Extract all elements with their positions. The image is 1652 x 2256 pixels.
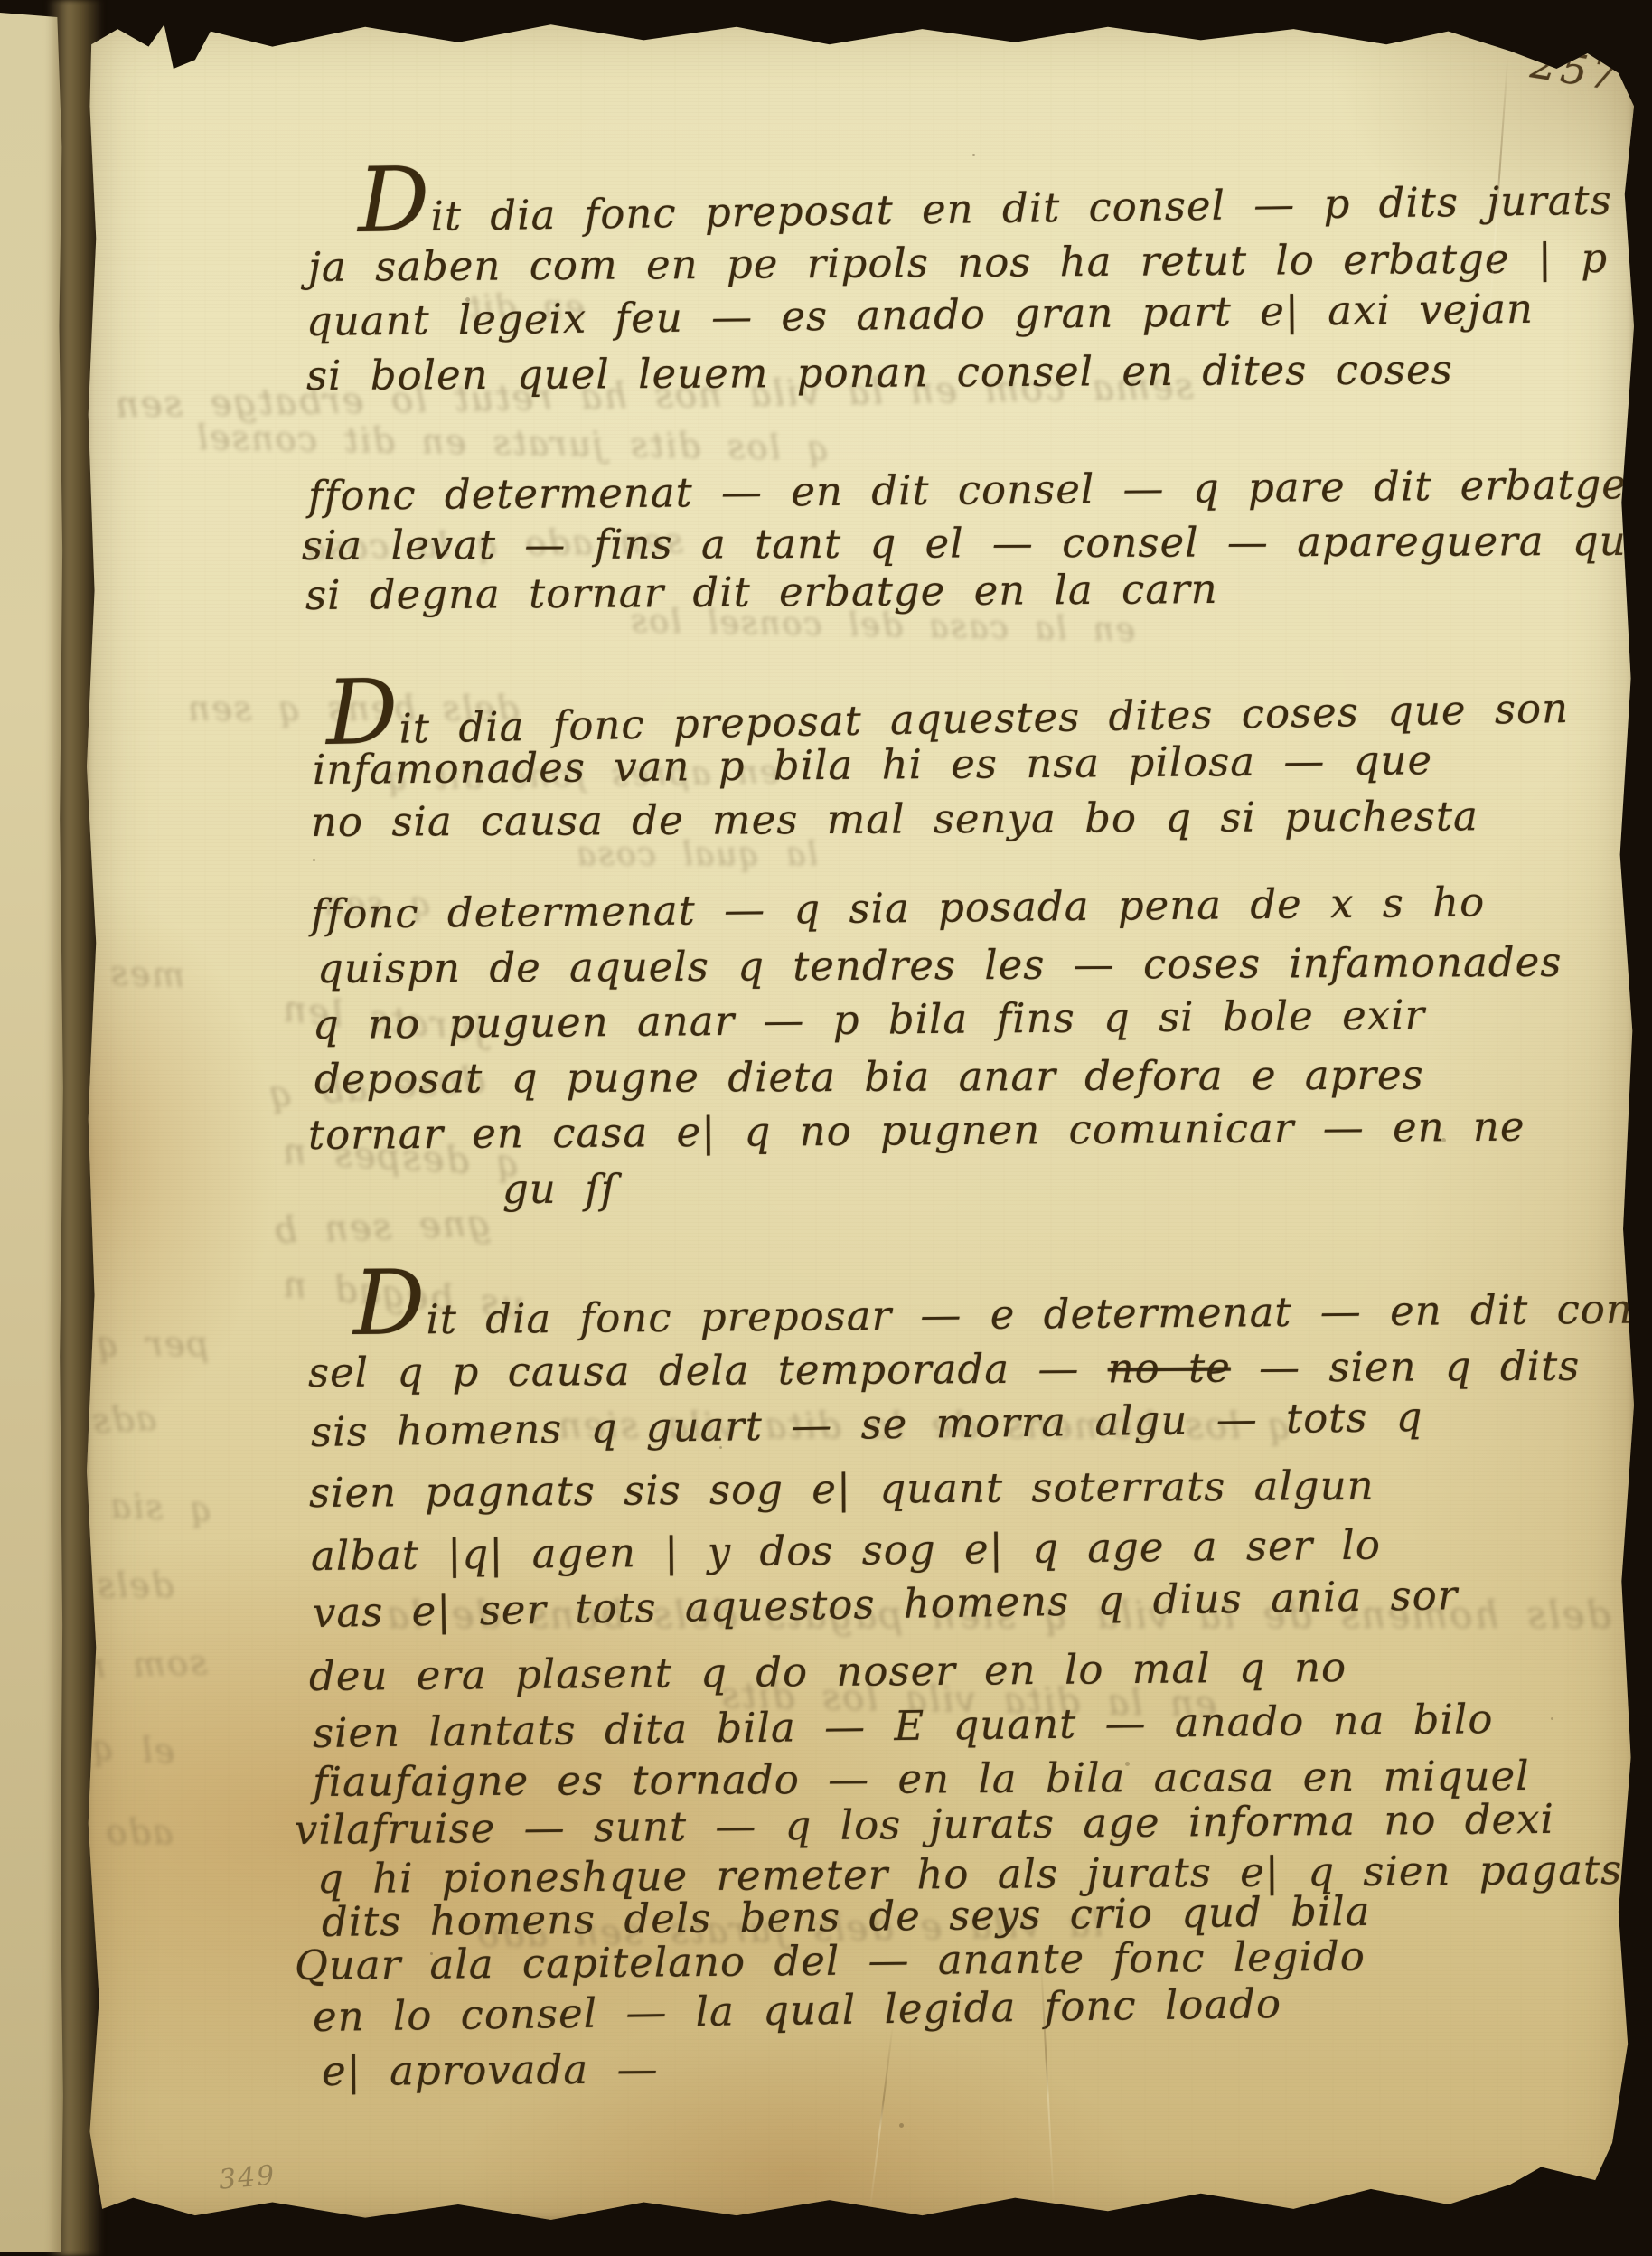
manuscript-line: ffonc determenat — q sia posada pena de …	[311, 880, 1486, 935]
bottom-folio-number: 349	[218, 2159, 277, 2195]
manuscript-line: q no puguen anar — p bila fins q si bole…	[313, 993, 1425, 1046]
manuscript-line: vas e| ser tots aquestos homens q dius a…	[313, 1574, 1459, 1634]
manuscript-line: quant legeix feu — es anado gran part e|…	[306, 287, 1534, 343]
manuscript-line: vilafruise — sunt — q los jurats age inf…	[295, 1798, 1554, 1851]
manuscript-line: Quar ala capitelano del — anante fonc le…	[295, 1935, 1366, 1988]
manuscript-line: infamonades van p bila hi es nsa pilosa …	[313, 738, 1433, 791]
manuscript-line: sien lantats dita bila — E quant — anado…	[313, 1697, 1494, 1754]
manuscript-line: deu era plasent q do noser en lo mal q n…	[309, 1646, 1347, 1697]
manuscript-line: Dit dia fonc preposar — e determenat — e…	[353, 1262, 1633, 1342]
manuscript-line: albat |q| agen | y dos sog e| q age a se…	[311, 1524, 1381, 1578]
manuscript-line: sien pagnats sis sog e| quant soterrats …	[309, 1464, 1375, 1514]
manuscript-text: Dit dia fonc preposat en dit consel — p …	[87, 18, 1634, 2220]
manuscript-line: si degna tornar dit erbatge en la carn	[305, 568, 1218, 616]
manuscript-scan: { "manuscript": { "folio_number": "257",…	[0, 0, 1652, 2256]
manuscript-line: sel q p causa dela temporada — no te — s…	[308, 1345, 1581, 1395]
manuscript-line: si bolen quel leuem ponan consel en dite…	[306, 348, 1453, 397]
manuscript-line: tornar en casa e| q no pugnen comunicar …	[308, 1105, 1525, 1157]
manuscript-line: sis homens q guart — se morra algu — tot…	[311, 1396, 1423, 1453]
manuscript-line: sia levat — fins a tant q el — consel — …	[302, 520, 1651, 567]
manuscript-page: sema com en la vila nos ha retut lo erba…	[87, 18, 1634, 2220]
manuscript-line: ja saben com en pe ripols nos ha retut l…	[308, 237, 1608, 288]
manuscript-line: Dit dia fonc preposat en dit consel — p …	[357, 151, 1652, 239]
manuscript-line: quispn de aquels q tendres les — coses i…	[317, 941, 1563, 990]
manuscript-line: ffonc determenat — en dit consel — q par…	[308, 463, 1627, 517]
manuscript-line: deposat q pugne dieta bia anar defora e …	[314, 1054, 1424, 1101]
manuscript-line: gu ſſ	[502, 1168, 616, 1210]
manuscript-line: en lo consel — la qual legida fonc loado	[313, 1982, 1282, 2038]
manuscript-line: e| aprovada —	[322, 2047, 659, 2092]
manuscript-line: no sia causa de mes mal senya bo q si pu…	[311, 794, 1478, 843]
